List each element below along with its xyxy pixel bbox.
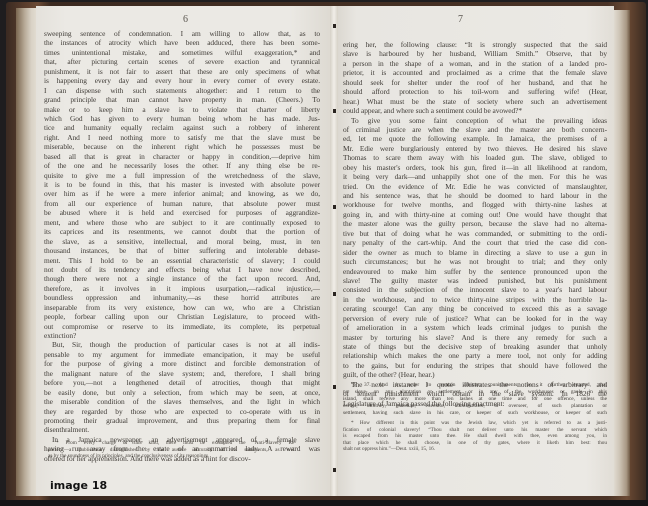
text-line: To give you some faint conception of wha…	[343, 116, 607, 125]
text-line: state of things but the decisive step of…	[343, 342, 607, 351]
text-line: they are regarded by those who are expec…	[44, 407, 320, 416]
text-line: obey his master's orders, took his gun, …	[343, 163, 607, 172]
text-line: ed, let me quote the following example. …	[343, 134, 607, 143]
text-line: it is to be found in this, that his mast…	[44, 180, 320, 189]
text-line: over him as if he were a mere inferior a…	[44, 189, 320, 198]
left-page: 6 sweeping sentence of condemnation. I a…	[36, 6, 334, 496]
text-line: that place which he shall choose, in one…	[343, 440, 607, 447]
text-line: as by the soundness of its principles, a…	[48, 453, 296, 460]
text-line: sider the owner as much to blame in dire…	[343, 248, 607, 257]
right-page: 7 ering her, the following clause: “It i…	[334, 6, 614, 496]
text-line: of amelioration in a system which leads …	[343, 323, 607, 332]
text-line: the malignant nature of the slave system…	[44, 369, 320, 378]
text-line: miserable, because on the inherent right…	[44, 142, 320, 151]
text-line: should seek for shelter under the roof o…	[343, 78, 607, 87]
text-line: “§ 37. And in order to restrain arbitrar…	[343, 382, 607, 389]
text-line: in the workhouse, and to twice thirty-ni…	[343, 295, 607, 304]
footnote: * From every charge of this kind, there …	[48, 440, 296, 460]
page-body-text: sweeping sentence of condemnation. I am …	[44, 29, 320, 463]
text-line: thousand instances, be that of bitter su…	[44, 246, 320, 255]
legal-enactment-quote: “§ 37. And in order to restrain arbitrar…	[343, 382, 607, 417]
text-line: of criminal justice are when the slave a…	[343, 125, 607, 134]
binding-stitch	[333, 385, 336, 389]
text-line: disenthralment.	[44, 425, 320, 434]
text-line: pensable to my argument for immediate em…	[44, 350, 320, 359]
text-line: guilt, of the other? (Hear, hear.)	[343, 370, 607, 379]
text-line: therefore, as it involves in it impious …	[44, 284, 320, 293]
binding-stitch	[333, 292, 336, 296]
text-line: times unintentional mistake, and sometim…	[44, 48, 320, 57]
text-line: a person in the shape of a woman, and in…	[343, 59, 607, 68]
text-line: perversion of every rule of justice? Wha…	[343, 314, 607, 323]
text-line: the master alone was the guilty person, …	[343, 219, 607, 228]
text-line: be easily done, but only a selection, fr…	[44, 388, 320, 397]
text-line: make or to keep him a slave is to violat…	[44, 105, 320, 114]
footnote: * How different in this point was the Je…	[343, 420, 607, 453]
text-line: * How different in this point was the Je…	[343, 420, 607, 427]
text-line: cerating scourge! Can any thing be conce…	[343, 304, 607, 313]
text-line: sweeping sentence of condemnation. I am …	[44, 29, 320, 38]
text-line: no slave, on any plantation or settlemen…	[343, 389, 607, 396]
text-line: from all our experience of human nature,…	[44, 199, 320, 208]
text-line: owner, attorney, guardian, executor, adm…	[343, 403, 607, 410]
text-line: it being very dark—and unhappily shot on…	[343, 172, 607, 181]
page-number: 6	[183, 14, 188, 25]
text-line: island, shall receive any more than ten …	[343, 396, 607, 403]
text-line: tried. On the evidence of Mr. Edie he wa…	[343, 182, 607, 191]
text-line: the slave, as a sensitive, intellectual,…	[44, 237, 320, 246]
page-edges-right	[612, 10, 630, 496]
text-line: the instances of atrocity which have bee…	[44, 38, 320, 47]
text-line: nary penalty of the cart-whip. And the c…	[343, 238, 607, 247]
image-label: image 18	[50, 479, 107, 492]
page-body-text: ering her, the following clause: “It is …	[343, 40, 607, 408]
text-line: the miserable condition of the slaves th…	[44, 397, 320, 406]
text-line: extinction?	[44, 331, 320, 340]
binding-stitch	[333, 109, 336, 113]
text-line: hear.) What must be the state of society…	[343, 97, 607, 106]
text-line: ment, and where those who are subject to…	[44, 218, 320, 227]
text-line: tive but that of doing what he was comma…	[343, 229, 607, 238]
text-line: ment. This I hold to be an essential cha…	[44, 256, 320, 265]
text-line: its caprices and its resentments, we can…	[44, 227, 320, 236]
text-line: of the one and he necessarily loses the …	[44, 161, 320, 170]
binding-stitch	[333, 24, 336, 28]
text-line: quisite to give me a full impression of …	[44, 171, 320, 180]
text-line: to the gains, but for enduring the strip…	[343, 361, 607, 370]
text-line: before you,—not a lengthened detail of a…	[44, 378, 320, 387]
book-gutter	[330, 6, 338, 496]
text-line: out compromise or reserve to its immedia…	[44, 322, 320, 331]
text-line: endeavoured to make him suffer by the se…	[343, 267, 607, 276]
text-line: not doubt of its tendency and effects be…	[44, 265, 320, 274]
text-line: grand principle that man cannot have pro…	[44, 95, 320, 104]
text-line: could appear, and where such a sentiment…	[343, 106, 607, 115]
text-line: fication of colonial slavery! “Thou shal…	[343, 427, 607, 434]
binding-stitch	[333, 205, 336, 209]
text-line: consisted in the subjection of the innoc…	[343, 285, 607, 294]
text-line: be abused where it is held and exercised…	[44, 208, 320, 217]
text-line: and his sentence was, that he should be …	[343, 191, 607, 200]
text-line: settlement, having such slave in his car…	[343, 410, 607, 417]
text-line: should afford protection to his toil-wor…	[343, 87, 607, 96]
text-line: slave is harboured by her husband, Willi…	[343, 49, 607, 58]
text-line: punishment, it is not fair to assert tha…	[44, 67, 320, 76]
text-line: inseparable from its very existence, how…	[44, 303, 320, 312]
page-edges-left	[16, 8, 38, 496]
text-line: I can dispense with such statements alto…	[44, 86, 320, 95]
text-line: people, forbear calling upon our Christi…	[44, 312, 320, 321]
text-line: Thomas to scare them away with his loade…	[343, 153, 607, 162]
text-line: porter,”—a publication distinguished by …	[48, 447, 296, 454]
text-line: But, Sir, though the production of parti…	[44, 340, 320, 349]
text-line: which God has given to every human being…	[44, 114, 320, 123]
bottom-shadow	[0, 500, 648, 506]
text-line: promoting their gradual improvement, and…	[44, 416, 320, 425]
text-line: workhouse for twelve months, and flogged…	[343, 200, 607, 209]
text-line: master by torturing his slave? And is th…	[343, 333, 607, 342]
text-line: prietor, it is accounted and proclaimed …	[343, 68, 607, 77]
text-line: that, after picturing certain scenes of …	[44, 57, 320, 66]
text-line: * From every charge of this kind, there …	[48, 440, 296, 447]
text-line: though there were not a single instance …	[44, 274, 320, 283]
text-line: is escaped from his master unto thee. He…	[343, 433, 607, 440]
text-line: going in, and with thirty-nine at coming…	[343, 210, 607, 219]
text-line: for the purpose of giving a more distinc…	[44, 359, 320, 368]
text-line: boundless oppression and inhumanity,—as …	[44, 293, 320, 302]
text-line: is happening every day and every hour in…	[44, 76, 320, 85]
page-number: 7	[458, 14, 463, 25]
text-line: right. And I need nothing more to satisf…	[44, 133, 320, 142]
text-line: Mr. Edie were burglariously entered by t…	[343, 144, 607, 153]
text-line: tice and humanity equally reclaim agains…	[44, 123, 320, 132]
text-line: ering her, the following clause: “It is …	[343, 40, 607, 49]
text-line: slave! The guilty master was indeed puni…	[343, 276, 607, 285]
binding-stitch	[333, 468, 336, 472]
text-line: shalt not oppress him.”—Deut. xxiii, 15,…	[343, 446, 607, 453]
text-line: relationship which makes the one party a…	[343, 351, 607, 360]
text-line: based all that is great in character or …	[44, 152, 320, 161]
text-line: such circumstances; but he was not broug…	[343, 257, 607, 266]
